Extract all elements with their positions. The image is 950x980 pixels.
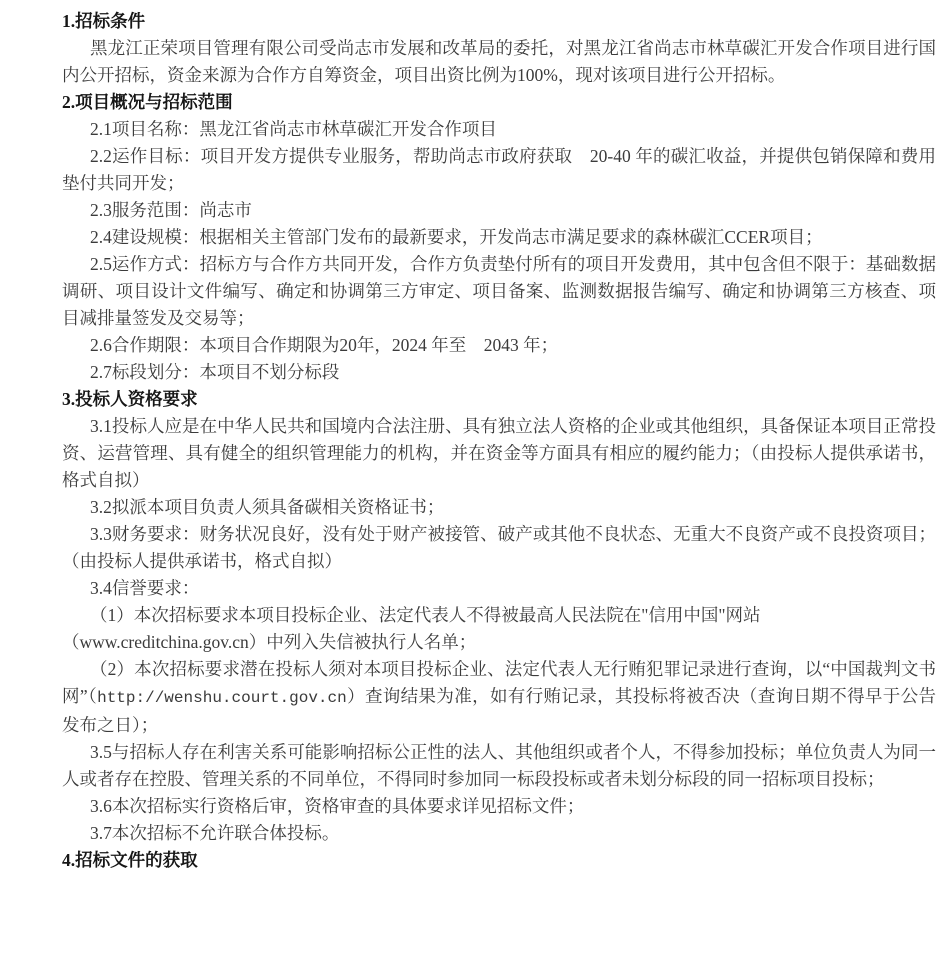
paragraph: （1）本次招标要求本项目投标企业、法定代表人不得被最高人民法院在"信用中国"网站… bbox=[62, 602, 936, 656]
section-heading: 4.招标文件的获取 bbox=[62, 847, 936, 874]
tender-document-page: 1.招标条件黑龙江正荣项目管理有限公司受尚志市发展和改革局的委托，对黑龙江省尚志… bbox=[0, 0, 950, 874]
url-text: http://wenshu.court.gov.cn bbox=[97, 689, 347, 707]
paragraph: 2.7标段划分：本项目不划分标段 bbox=[62, 359, 936, 386]
paragraph: 2.6合作期限：本项目合作期限为20年，2024 年至 2043 年； bbox=[62, 332, 936, 359]
paragraph: 3.6本次招标实行资格后审，资格审查的具体要求详见招标文件； bbox=[62, 793, 936, 820]
paragraph: （2）本次招标要求潜在投标人须对本项目投标企业、法定代表人无行贿犯罪记录进行查询… bbox=[62, 656, 936, 739]
section-heading: 1.招标条件 bbox=[62, 8, 936, 35]
section-heading: 3.投标人资格要求 bbox=[62, 386, 936, 413]
paragraph: 3.2拟派本项目负责人须具备碳相关资格证书； bbox=[62, 494, 936, 521]
paragraph: 黑龙江正荣项目管理有限公司受尚志市发展和改革局的委托，对黑龙江省尚志市林草碳汇开… bbox=[62, 35, 936, 89]
paragraph: 3.4信誉要求： bbox=[62, 575, 936, 602]
paragraph: 2.3服务范围：尚志市 bbox=[62, 197, 936, 224]
paragraph: 2.5运作方式：招标方与合作方共同开发，合作方负责垫付所有的项目开发费用，其中包… bbox=[62, 251, 936, 332]
paragraph: 2.2运作目标：项目开发方提供专业服务，帮助尚志市政府获取 20-40 年的碳汇… bbox=[62, 143, 936, 197]
paragraph: 2.4建设规模：根据相关主管部门发布的最新要求，开发尚志市满足要求的森林碳汇CC… bbox=[62, 224, 936, 251]
paragraph: 3.3财务要求：财务状况良好，没有处于财产被接管、破产或其他不良状态、无重大不良… bbox=[62, 521, 936, 575]
paragraph: 3.5与招标人存在利害关系可能影响招标公正性的法人、其他组织或者个人，不得参加投… bbox=[62, 739, 936, 793]
section-heading: 2.项目概况与招标范围 bbox=[62, 89, 936, 116]
paragraph: 2.1项目名称：黑龙江省尚志市林草碳汇开发合作项目 bbox=[62, 116, 936, 143]
paragraph: 3.7本次招标不允许联合体投标。 bbox=[62, 820, 936, 847]
paragraph: 3.1投标人应是在中华人民共和国境内合法注册、具有独立法人资格的企业或其他组织，… bbox=[62, 413, 936, 494]
